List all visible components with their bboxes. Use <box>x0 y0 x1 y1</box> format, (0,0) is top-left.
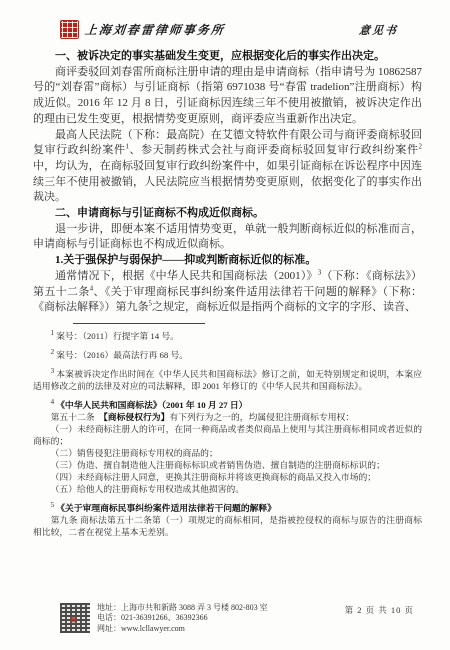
paragraph-text: 中，均认为，在商标驳回复审行政纠纷案件中，如果引证商标在诉讼程序中因连续三年不使… <box>33 160 422 203</box>
footnote-text: 1案号：（2011）行提字第 14 号。 <box>33 330 422 342</box>
footnote-body: 案号：（2016）最高法行再 68 号。 <box>56 350 188 360</box>
paragraph-text: 、参天制药株式会社与商评委商标驳回复审行政纠纷案件 <box>129 144 419 156</box>
footnote-text: 3本案被诉决定作出时间在《中华人民共和国商标法》修订之前，如无特别规定和说明，本… <box>33 368 422 392</box>
section-heading-1: 一、被诉决定的事实基础发生变更，应根据变化后的事实作出决定。 <box>33 49 422 65</box>
footnote-title: 5《关于审理商标民事纠纷案件适用法律若干问题的解释》 <box>33 502 422 514</box>
footnote-marker: 4 <box>51 398 55 406</box>
paragraph-legal-standard: 通常情况下，根据《中华人民共和国商标法（2001）》3（下称：《商标法》）第五十… <box>33 269 422 316</box>
statute-item: （二）销售侵犯注册商标专用权的商品的； <box>33 447 422 459</box>
document-type-label: 意见书 <box>358 22 399 38</box>
article-label: 第五十二条 <box>51 412 95 422</box>
paragraph-facts: 商评委驳回刘春雷所商标注册申请的理由是申请商标（指申请号为 10862587 号… <box>33 65 422 128</box>
footnote-5: 5《关于审理商标民事纠纷案件适用法律若干问题的解释》 第九条 商标法第五十二条第… <box>33 502 422 538</box>
address-line: 地址：上海市共和新路 3088 弄 3 号楼 802-803 室 <box>97 603 268 614</box>
footnote-2: 2案号：（2016）最高法行再 68 号。 <box>33 349 422 361</box>
article-title: 【商标侵权行为】 <box>103 412 169 422</box>
statute-title: 《中华人民共和国商标法》（2001 年 10 月 27 日） <box>56 400 247 410</box>
contact-block: 地址：上海市共和新路 3088 弄 3 号楼 802-803 室 电话：021-… <box>97 603 268 635</box>
footnote-body: 案号：（2011）行提字第 14 号。 <box>56 331 179 341</box>
phone-line: 电话：021-36391266、36392366 <box>97 613 268 624</box>
statute-item: （四）未经商标注册人同意，更换其注册商标并将该更换商标的商品又投入市场的； <box>33 471 422 483</box>
page-number: 第 2 页 共 10 页 <box>345 604 414 616</box>
statute-item: （五）给他人的注册商标专用权造成其他损害的。 <box>33 483 422 495</box>
interpretation-title: 《关于审理商标民事纠纷案件适用法律若干问题的解释》 <box>56 503 276 513</box>
footnote-separator <box>73 323 205 324</box>
footnote-marker: 1 <box>51 329 55 337</box>
statute-item: （三）伪造、擅自制造他人注册商标标识或者销售伪造、擅自制造的注册商标标识的； <box>33 459 422 471</box>
firm-seal-icon <box>60 20 79 39</box>
document-page: 上海刘春雷律师事务所 意见书 一、被诉决定的事实基础发生变更，应根据变化后的事实… <box>0 0 450 650</box>
footnote-ref-2: 2 <box>419 143 423 151</box>
footnote-4: 4《中华人民共和国商标法》（2001 年 10 月 27 日） 第五十二条 【商… <box>33 399 422 495</box>
website-line: 网址：www.lcllawyer.com <box>97 624 268 635</box>
footnote-marker: 3 <box>51 367 55 375</box>
footnote-marker: 2 <box>51 348 55 356</box>
footnote-3: 3本案被诉决定作出时间在《中华人民共和国商标法》修订之前，如无特别规定和说明，本… <box>33 368 422 392</box>
footnote-text: 2案号：（2016）最高法行再 68 号。 <box>33 349 422 361</box>
article-lead: 有下列行为之一的，均属侵犯注册商标专用权： <box>169 412 354 422</box>
footnotes: 1案号：（2011）行提字第 14 号。 2案号：（2016）最高法行再 68 … <box>33 330 422 545</box>
letterhead: 上海刘春雷律师事务所 意见书 <box>60 20 398 39</box>
section-heading-2: 二、申请商标与引证商标不构成近似商标。 <box>33 206 422 222</box>
footnote-1: 1案号：（2011）行提字第 14 号。 <box>33 330 422 342</box>
paragraph-fallback-argument: 退一步讲，即便本案不适用情势变更，单就一般判断商标近似的标准而言，申请商标与引证… <box>33 222 422 253</box>
paragraph-text: 之规定，商标近似是指两个商标的文字的字形、读音、 <box>152 301 416 313</box>
footnote-body: 本案被诉决定作出时间在《中华人民共和国商标法》修订之前，如无特别规定和说明，本案… <box>33 369 422 391</box>
paragraph-supreme-court: 最高人民法院（下称：最高院）在艾德文特软件有限公司与商评委商标驳回复审行政纠纷案… <box>33 128 422 207</box>
footnote-title: 4《中华人民共和国商标法》（2001 年 10 月 27 日） <box>33 399 422 411</box>
statute-article: 第五十二条 【商标侵权行为】有下列行为之一的，均属侵犯注册商标专用权： <box>33 411 422 423</box>
footnote-marker: 5 <box>51 501 55 509</box>
statute-item: （一）未经商标注册人的许可，在同一种商品或者类似商品上使用与其注册商标相同或者近… <box>33 423 422 447</box>
firm-name: 上海刘春雷律师事务所 <box>84 21 226 38</box>
letterhead-left: 上海刘春雷律师事务所 <box>60 20 225 39</box>
qr-code <box>60 603 90 633</box>
subsection-heading-1: 1.关于强保护与弱保护——抑或判断商标近似的标准。 <box>33 253 422 269</box>
interpretation-text: 第九条 商标法第五十二条第（一）项规定的商标相同，是指被控侵权的商标与原告的注册… <box>33 514 422 538</box>
document-body: 一、被诉决定的事实基础发生变更，应根据变化后的事实作出决定。 商评委驳回刘春雷所… <box>33 49 422 316</box>
paragraph-text: 通常情况下，根据《中华人民共和国商标法（2001）》 <box>55 270 318 282</box>
page-footer: 地址：上海市共和新路 3088 弄 3 号楼 802-803 室 电话：021-… <box>60 603 420 635</box>
